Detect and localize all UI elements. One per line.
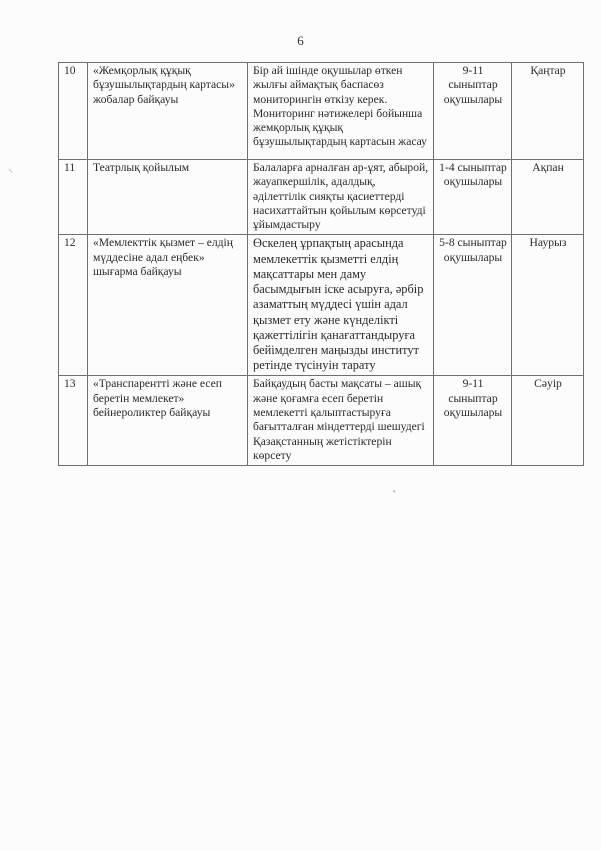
event-description: Бір ай ішінде оқушылар өткен жылғы аймақ… — [248, 63, 434, 160]
scan-speck: • — [393, 488, 395, 496]
event-month: Сәуір — [512, 376, 584, 466]
event-participants: 9-11 сыныптар оқушылары — [434, 63, 512, 160]
event-month: Наурыз — [512, 235, 584, 376]
page-number: 6 — [0, 33, 601, 49]
event-month: Ақпан — [512, 160, 584, 235]
scan-speck: ⸌ — [8, 165, 13, 179]
event-name: «Мемлекттік қызмет – елдің мүддесіне ада… — [88, 235, 248, 376]
event-description: Өскелең ұрпақтың арасында мемлекеттік қы… — [248, 235, 434, 376]
table-row: 10 «Жемқорлық құқық бұзушылықтардың карт… — [59, 63, 584, 160]
events-plan-table: 10 «Жемқорлық құқық бұзушылықтардың карт… — [58, 62, 584, 466]
event-participants: 1-4 сыныптар оқушылары — [434, 160, 512, 235]
event-month: Қаңтар — [512, 63, 584, 160]
row-number: 13 — [59, 376, 88, 466]
row-number: 11 — [59, 160, 88, 235]
table-row: 13 «Транспарентті және есеп беретін мемл… — [59, 376, 584, 466]
event-participants: 5-8 сыныптар оқушылары — [434, 235, 512, 376]
event-name: Театрлық қойылым — [88, 160, 248, 235]
event-name: «Жемқорлық құқық бұзушылықтардың картасы… — [88, 63, 248, 160]
table-row: 12 «Мемлекттік қызмет – елдің мүддесіне … — [59, 235, 584, 376]
event-description: Байқаудың басты мақсаты – ашық және қоға… — [248, 376, 434, 466]
event-participants: 9-11 сыныптар оқушылары — [434, 376, 512, 466]
row-number: 12 — [59, 235, 88, 376]
table-row: 11 Театрлық қойылым Балаларға арналған а… — [59, 160, 584, 235]
event-description: Балаларға арналған ар-ұят, абырой, жауап… — [248, 160, 434, 235]
row-number: 10 — [59, 63, 88, 160]
event-name: «Транспарентті және есеп беретін мемлеке… — [88, 376, 248, 466]
